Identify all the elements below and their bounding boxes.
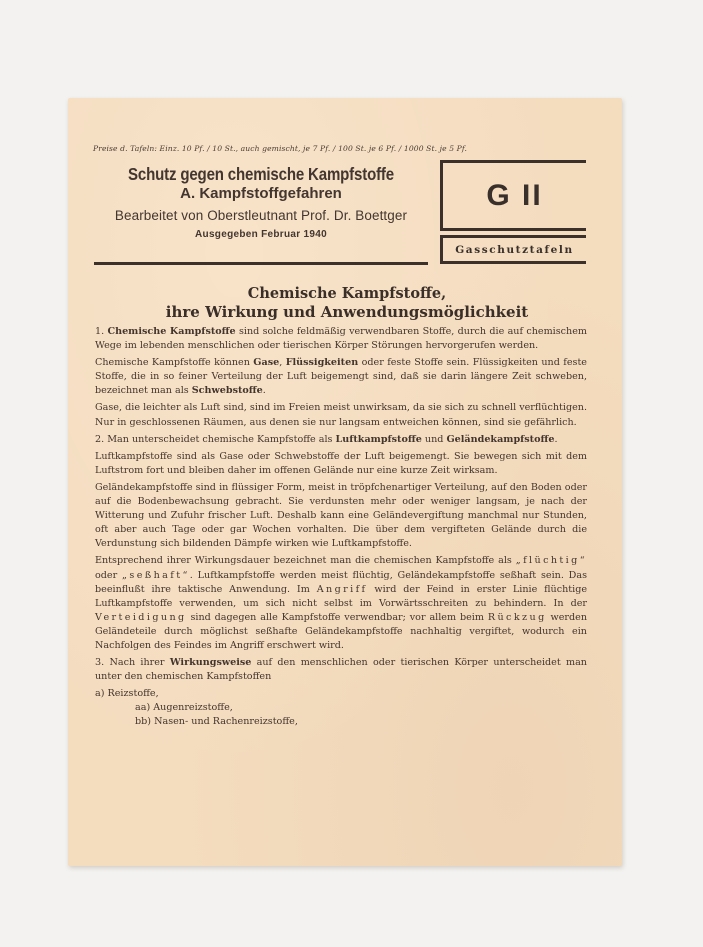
- section-heading: Chemische Kampfstoffe, ihre Wirkung und …: [92, 284, 602, 322]
- heading-line-2: ihre Wirkung und Anwendungsmöglichkeit: [92, 303, 602, 322]
- price-line: Preise d. Tafeln: Einz. 10 Pf. / 10 St.,…: [93, 144, 588, 153]
- classification-list: a) Reizstoffe, aa) Augenreizstoffe, bb) …: [95, 687, 587, 729]
- header-rule: [94, 262, 428, 265]
- paragraph-4: 2. Man unterscheidet chemische Kampfstof…: [95, 433, 587, 447]
- paragraph-text: Chemische Kampfstoffe können: [95, 357, 253, 368]
- emphasis: Gase: [253, 357, 279, 368]
- author-line: Bearbeitet von Oberstleutnant Prof. Dr. …: [92, 208, 430, 223]
- paragraph-text: und: [422, 434, 447, 445]
- spaced-term: Rückzug: [488, 612, 547, 623]
- emphasis: Flüssigkeiten: [286, 357, 359, 368]
- header-block: Schutz gegen chemische Kampfstoffe A. Ka…: [92, 160, 430, 240]
- paragraph-text: 3. Nach ihrer: [95, 657, 170, 668]
- paragraph-text: 2. Man unterscheidet chemische Kampfstof…: [95, 434, 336, 445]
- paragraph-text: .: [263, 385, 266, 396]
- paragraph-8: 3. Nach ihrer Wirkungsweise auf den mens…: [95, 656, 587, 684]
- paragraph-number: 1.: [95, 326, 104, 337]
- emphasis: Geländekampfstoffe: [446, 434, 554, 445]
- spaced-term: Verteidigung: [95, 612, 187, 623]
- paragraph-text: bezeichnet man die chemischen Kampfstoff…: [270, 555, 516, 566]
- series-label: Gasschutztafeln: [455, 244, 574, 256]
- document-page: Preise d. Tafeln: Einz. 10 Pf. / 10 St.,…: [68, 98, 622, 866]
- paragraph-5: Luftkampfstoffe sind als Gase oder Schwe…: [95, 450, 587, 478]
- issue-date: Ausgegeben Februar 1940: [92, 229, 430, 240]
- paragraph-text: .: [555, 434, 558, 445]
- emphasis: Chemische Kampfstoffe: [107, 326, 235, 337]
- paragraph-text: sind dagegen alle Kampfstoffe verwendbar…: [187, 612, 488, 623]
- paragraph-7: Entsprechend ihrer Wirkungsdauer bezeich…: [95, 554, 587, 653]
- paragraph-2: Chemische Kampfstoffe können Gase, Flüss…: [95, 356, 587, 398]
- paragraph-3: Gase, die leichter als Luft sind, sind i…: [95, 401, 587, 429]
- emphasis: Wirkungsweise: [170, 657, 252, 668]
- code-label: G II: [486, 179, 542, 213]
- emphasis: Schwebstoffe: [192, 385, 263, 396]
- paragraph-1: 1. Chemische Kampfstoffe sind solche fel…: [95, 325, 587, 353]
- list-subitem: bb) Nasen- und Rachenreizstoffe,: [135, 715, 587, 729]
- paragraph-6: Geländekampfstoffe sind in flüssiger For…: [95, 481, 587, 551]
- paragraph-text: Entsprechend ihrer: [95, 555, 195, 566]
- list-item: a) Reizstoffe,: [95, 687, 587, 701]
- document-title: Schutz gegen chemische Kampfstoffe: [116, 164, 407, 185]
- paragraph-text: oder: [95, 570, 122, 581]
- series-box: Gasschutztafeln: [440, 235, 586, 264]
- code-box: G II: [440, 160, 586, 231]
- emphasis: Luftkampfstoffe: [336, 434, 422, 445]
- document-subtitle: A. Kampfstoffgefahren: [92, 185, 430, 202]
- spaced-term: „flüchtig“: [516, 555, 587, 566]
- body-text: 1. Chemische Kampfstoffe sind solche fel…: [95, 325, 587, 730]
- list-subitem: aa) Augenreizstoffe,: [135, 701, 587, 715]
- spaced-term: „seßhaft“: [122, 570, 190, 581]
- spaced-term: Angriff: [317, 584, 368, 595]
- emphasis: Wirkungsdauer: [195, 555, 270, 566]
- heading-line-1: Chemische Kampfstoffe,: [92, 284, 602, 303]
